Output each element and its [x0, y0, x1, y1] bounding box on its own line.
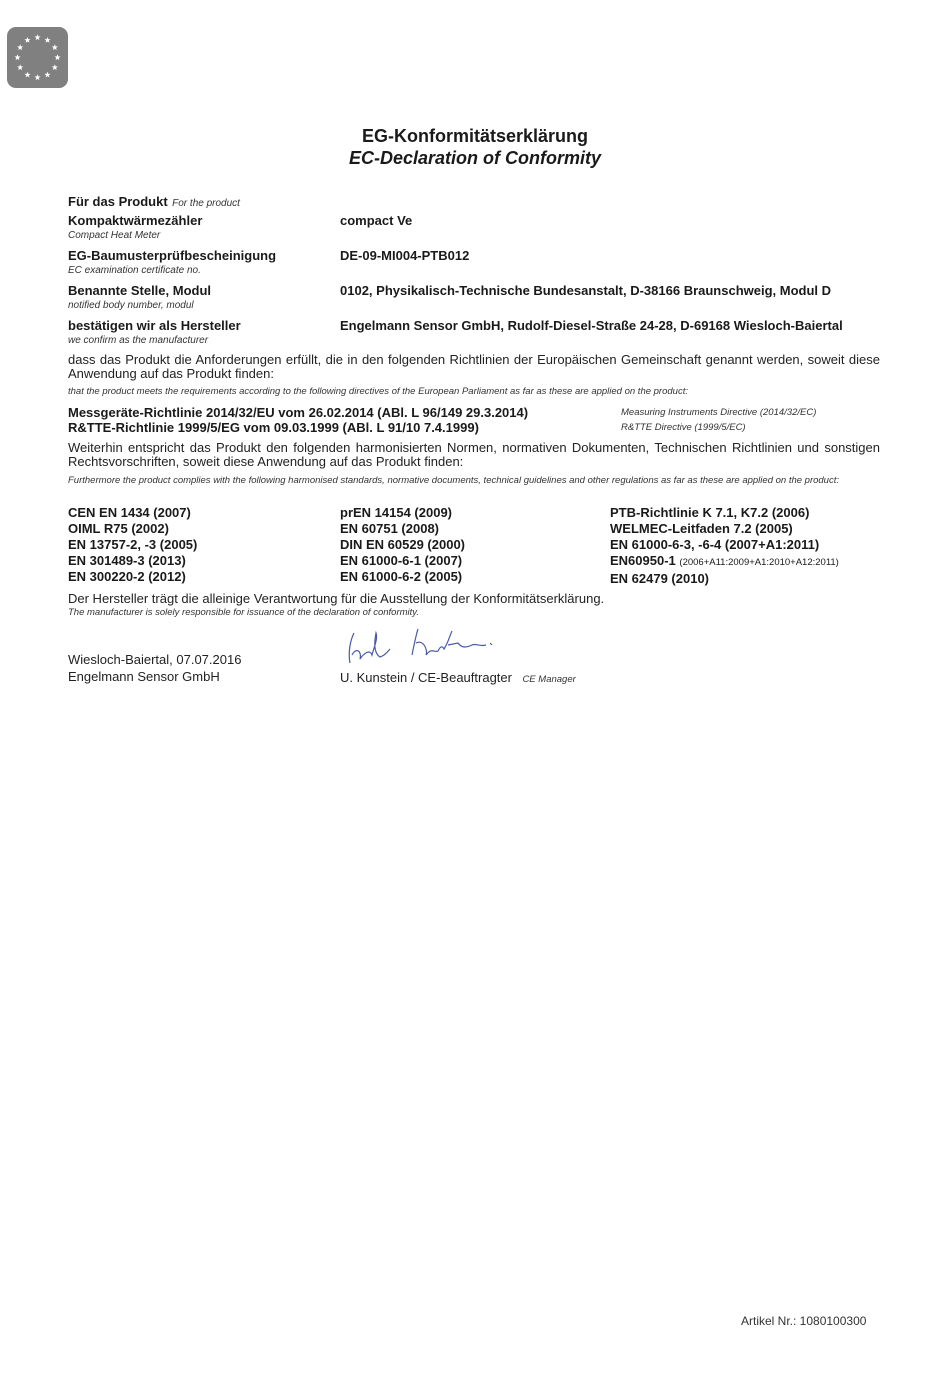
standard-text: EN 62479 (2010)	[610, 571, 709, 586]
field-label-product-en: Compact Heat Meter	[68, 230, 160, 241]
responsibility-de: Der Hersteller trägt die alleinige Veran…	[68, 591, 604, 606]
field-value-product: compact Ve	[340, 213, 412, 228]
handwritten-signature-icon	[340, 625, 510, 670]
standard-item: EN 300220-2 (2012)	[68, 569, 197, 585]
directive-mid: Messgeräte-Richtlinie 2014/32/EU vom 26.…	[68, 405, 528, 420]
directive-mid-en: Measuring Instruments Directive (2014/32…	[621, 407, 816, 418]
place-date: Wiesloch-Baiertal, 07.07.2016	[68, 652, 241, 667]
field-value-certificate: DE-09-MI004-PTB012	[340, 248, 469, 263]
standards-column-1: CEN EN 1434 (2007) OIML R75 (2002) EN 13…	[68, 505, 197, 585]
standard-text: WELMEC-Leitfaden 7.2 (2005)	[610, 521, 793, 536]
directives-intro-de: dass das Produkt die Anforderungen erfül…	[68, 353, 880, 381]
standard-item: EN 61000-6-3, -6-4 (2007+A1:2011)	[610, 537, 839, 553]
field-label-certificate: EG-Baumusterprüfbescheinigung	[68, 248, 276, 263]
standard-item: EN 13757-2, -3 (2005)	[68, 537, 197, 553]
product-heading-en: For the product	[172, 198, 240, 209]
standard-text: EN 61000-6-3, -6-4 (2007+A1:2011)	[610, 537, 819, 552]
field-label-manufacturer-en: we confirm as the manufacturer	[68, 335, 208, 346]
standards-column-3: PTB-Richtlinie K 7.1, K7.2 (2006) WELMEC…	[610, 505, 839, 587]
standard-item: CEN EN 1434 (2007)	[68, 505, 197, 521]
standard-item: EN 301489-3 (2013)	[68, 553, 197, 569]
standard-item: EN 60751 (2008)	[340, 521, 465, 537]
standard-text: PTB-Richtlinie K 7.1, K7.2 (2006)	[610, 505, 809, 520]
eu-logo	[7, 27, 68, 88]
responsibility-en: The manufacturer is solely responsible f…	[68, 607, 419, 618]
signer-line: U. Kunstein / CE-Beauftragter CE Manager	[340, 669, 576, 687]
standard-note: (2006+A11:2009+A1:2010+A12:2011)	[679, 557, 838, 568]
field-label-notified-body-en: notified body number, modul	[68, 300, 194, 311]
directive-rtte-en: R&TTE Directive (1999/5/EC)	[621, 422, 746, 433]
field-value-notified-body: 0102, Physikalisch-Technische Bundesanst…	[340, 283, 831, 298]
eu-stars-icon	[7, 27, 68, 88]
standard-text: EN60950-1	[610, 553, 676, 568]
product-heading: Für das Produkt For the product	[68, 193, 240, 211]
standard-item: EN 61000-6-1 (2007)	[340, 553, 465, 569]
title-german: EG-Konformitätserklärung	[0, 126, 950, 147]
standards-intro-de: Weiterhin entspricht das Produkt den fol…	[68, 441, 880, 469]
standards-column-2: prEN 14154 (2009) EN 60751 (2008) DIN EN…	[340, 505, 465, 585]
standard-item: EN60950-1 (2006+A11:2009+A1:2010+A12:201…	[610, 553, 839, 571]
standards-intro-en: Furthermore the product complies with th…	[68, 474, 880, 488]
field-label-manufacturer: bestätigen wir als Hersteller	[68, 318, 241, 333]
directives-intro-en: that the product meets the requirements …	[68, 385, 880, 399]
standard-item: EN 61000-6-2 (2005)	[340, 569, 465, 585]
standard-item: WELMEC-Leitfaden 7.2 (2005)	[610, 521, 839, 537]
field-label-certificate-en: EC examination certificate no.	[68, 265, 201, 276]
standard-item: DIN EN 60529 (2000)	[340, 537, 465, 553]
product-heading-de: Für das Produkt	[68, 194, 168, 209]
directive-rtte: R&TTE-Richtlinie 1999/5/EG vom 09.03.199…	[68, 420, 479, 435]
field-label-notified-body: Benannte Stelle, Modul	[68, 283, 211, 298]
company-name: Engelmann Sensor GmbH	[68, 669, 220, 684]
field-label-product: Kompaktwärmezähler	[68, 213, 202, 228]
signer-name: U. Kunstein / CE-Beauftragter	[340, 670, 512, 685]
standard-item: PTB-Richtlinie K 7.1, K7.2 (2006)	[610, 505, 839, 521]
standard-item: EN 62479 (2010)	[610, 571, 839, 587]
standard-item: prEN 14154 (2009)	[340, 505, 465, 521]
signer-role-en: CE Manager	[522, 674, 575, 685]
field-value-manufacturer: Engelmann Sensor GmbH, Rudolf-Diesel-Str…	[340, 318, 843, 333]
article-number: Artikel Nr.: 1080100300	[741, 1314, 866, 1328]
standard-item: OIML R75 (2002)	[68, 521, 197, 537]
title-english: EC-Declaration of Conformity	[0, 148, 950, 169]
